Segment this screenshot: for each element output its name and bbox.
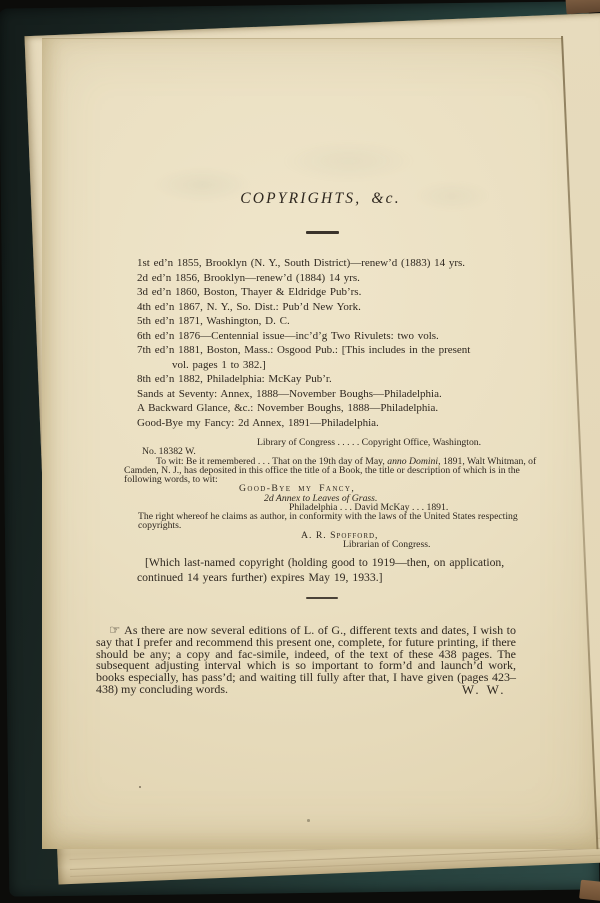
edition-item: 2d ed’n 1856, Brooklyn—renew’d (1884) 14…: [137, 271, 547, 286]
edition-item: Good-Bye my Fancy: 2d Annex, 1891—Philad…: [137, 416, 547, 431]
divider-rule: [306, 597, 338, 599]
page-speck: [307, 819, 310, 822]
author-initials: W. W.: [449, 684, 506, 696]
copyright-expiry-note: [Which last-named copyright (holding goo…: [137, 555, 539, 585]
show-through-stain: [82, 98, 512, 238]
cover-corner-top-right: [565, 0, 600, 14]
book-page: COPYRIGHTS, &c. 1st ed’n 1855, Brooklyn …: [42, 38, 598, 849]
page-speck: [139, 786, 141, 788]
edition-item-continuation: vol. pages 1 to 382.]: [137, 358, 547, 373]
edition-item: 3d ed’n 1860, Boston, Thayer & Eldridge …: [137, 285, 547, 300]
edition-item: 4th ed’n 1867, N. Y., So. Dist.: Pub’d N…: [137, 300, 547, 315]
edition-item: 1st ed’n 1855, Brooklyn (N. Y., South Di…: [137, 256, 547, 271]
loc-office-line: Library of Congress . . . . . Copyright …: [257, 438, 538, 447]
rights-paragraph: The right whereof he claims as author, i…: [138, 512, 534, 531]
author-note: ☞ As there are now several editions of L…: [96, 624, 516, 696]
title-rule: [306, 231, 339, 234]
edition-item: A Backward Glance, &c.: November Boughs,…: [137, 401, 547, 416]
legal-notice: Library of Congress . . . . . Copyright …: [124, 438, 538, 549]
edition-item: 7th ed’n 1881, Boston, Mass.: Osgood Pub…: [137, 343, 547, 358]
edition-item: 5th ed’n 1871, Washington, D. C.: [137, 314, 547, 329]
page-content: COPYRIGHTS, &c. 1st ed’n 1855, Brooklyn …: [42, 38, 598, 849]
edition-item: 8th ed’n 1882, Philadelphia: McKay Pub’r…: [137, 372, 547, 387]
to-wit-paragraph: To wit: Be it remembered . . . That on t…: [124, 457, 538, 485]
edition-item: 6th ed’n 1876—Centennial issue—inc’d’g T…: [137, 329, 547, 344]
cover-corner-bottom-right: [579, 880, 600, 902]
edition-list: 1st ed’n 1855, Brooklyn (N. Y., South Di…: [137, 256, 547, 431]
page-title: COPYRIGHTS, &c.: [79, 190, 562, 208]
librarian-title: Librarian of Congress.: [343, 540, 538, 549]
edition-item: Sands at Seventy: Annex, 1888—November B…: [137, 387, 547, 402]
